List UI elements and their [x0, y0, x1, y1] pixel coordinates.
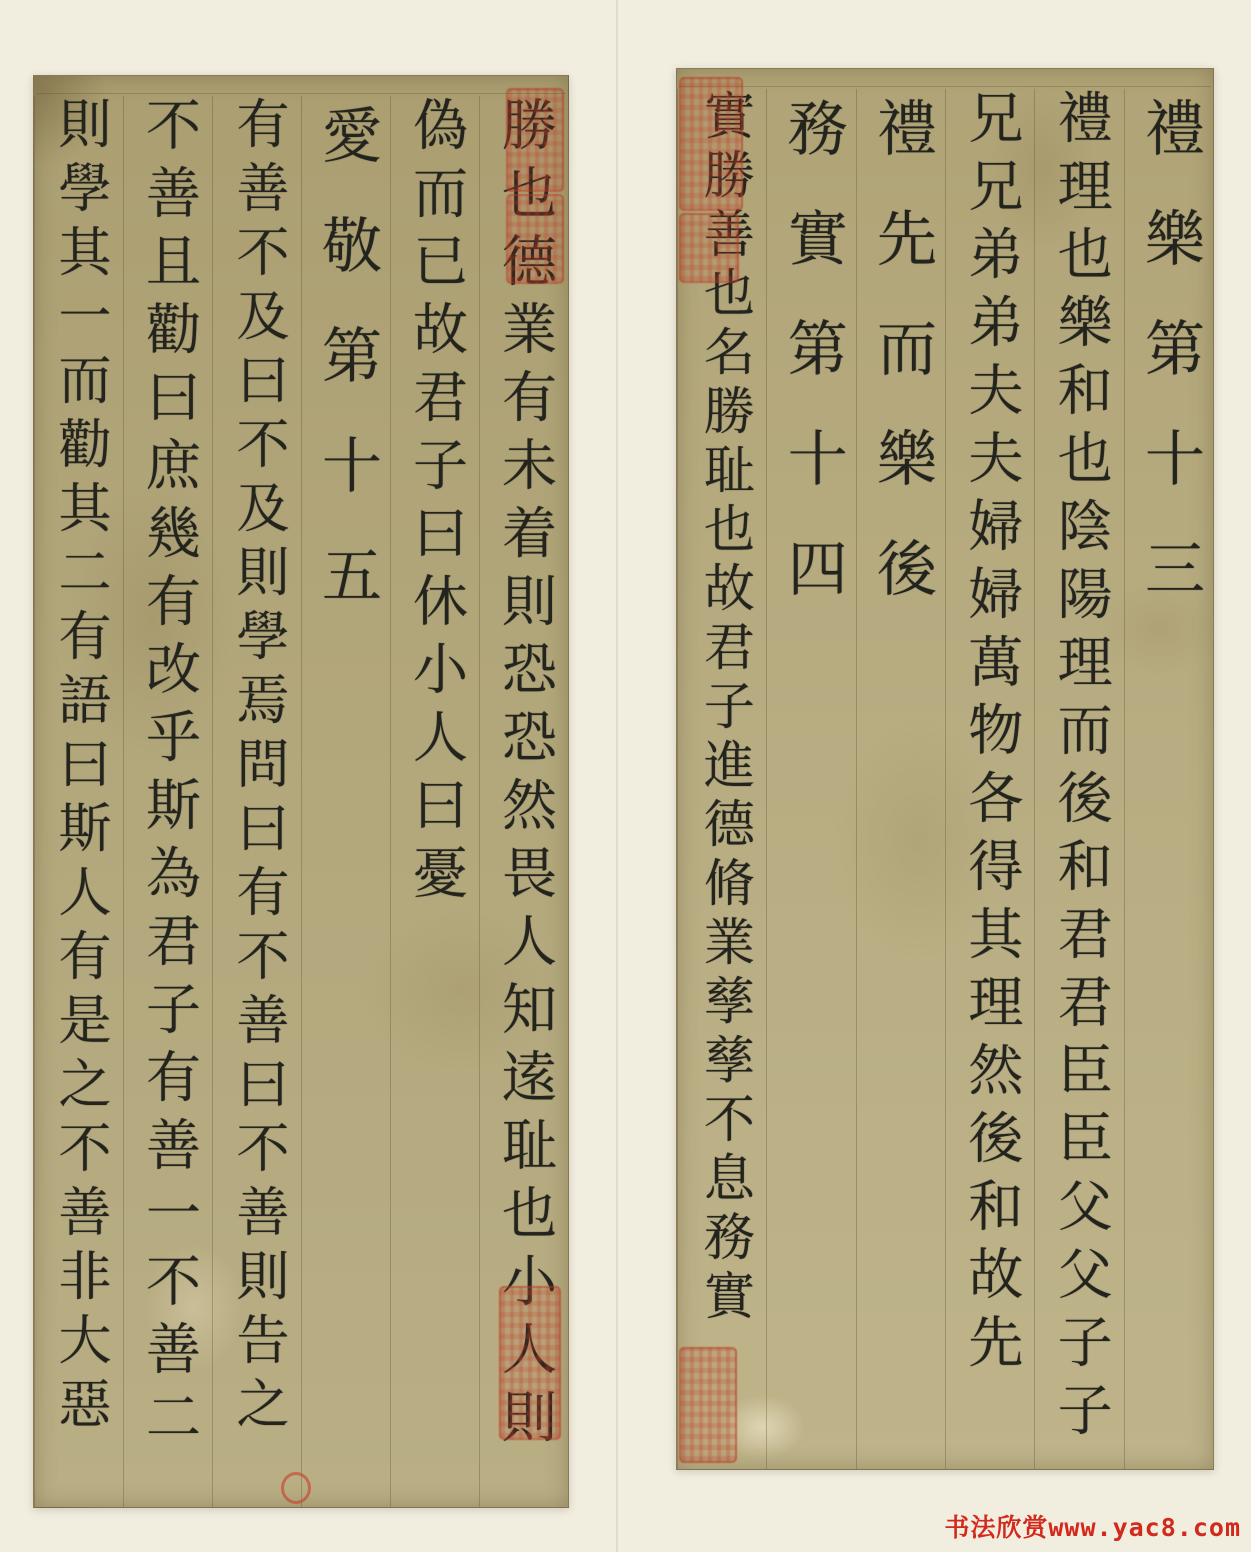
column-chapter-title-13: 禮樂第十三 — [1124, 89, 1213, 1469]
column-r3: 兄兄弟弟夫夫婦婦萬物各得其理然後和故先 — [945, 89, 1034, 1469]
page-fold-seam — [616, 0, 618, 1552]
calligraphy-leaf-left: 勝也德業有未着則恐恐然畏人知逺耻也小人則 偽而已故君子曰休小人曰憂 愛敬第十五 … — [33, 75, 569, 1508]
red-seal-stamp-icon — [679, 1347, 737, 1463]
calligraphy-leaf-right: 禮樂第十三 禮理也樂和也陰陽理而後和君君臣臣父父子子 兄兄弟弟夫夫婦婦萬物各得其… — [676, 68, 1214, 1470]
column-r2: 禮理也樂和也陰陽理而後和君君臣臣父父子子 — [1034, 89, 1123, 1469]
column-l4: 有善不及曰不及則學焉問曰有不善曰不善則告之 — [212, 96, 301, 1507]
column-r4: 禮先而樂後 — [856, 89, 945, 1469]
column-l5: 不善且勸曰庶幾有改乎斯為君子有善一不善二 — [123, 96, 212, 1507]
column-r6: 實勝善也名勝耻也故君子進德脩業孳孳不息務實 — [677, 89, 766, 1469]
column-l2: 偽而已故君子曰休小人曰憂 — [390, 96, 479, 1507]
watermark-url: www.yac8.com — [1048, 1513, 1241, 1542]
column-chapter-title-15: 愛敬第十五 — [301, 96, 390, 1507]
text-columns-right: 禮樂第十三 禮理也樂和也陰陽理而後和君君臣臣父父子子 兄兄弟弟夫夫婦婦萬物各得其… — [677, 69, 1213, 1469]
watermark-site-name: 书法欣赏 — [944, 1513, 1048, 1542]
column-l6: 則學其一而勸其二有語曰斯人有是之不善非大惡 — [34, 96, 123, 1507]
watermark: 书法欣赏www.yac8.com — [944, 1508, 1241, 1544]
red-seal-stamp-icon — [506, 194, 564, 284]
red-seal-stamp-icon — [499, 1286, 561, 1440]
red-ring-mark-icon — [281, 1472, 311, 1504]
text-columns-left: 勝也德業有未着則恐恐然畏人知逺耻也小人則 偽而已故君子曰休小人曰憂 愛敬第十五 … — [34, 76, 568, 1507]
red-seal-stamp-icon — [679, 213, 739, 283]
red-seal-stamp-icon — [679, 77, 743, 211]
red-seal-stamp-icon — [506, 88, 564, 192]
column-chapter-title-14: 務實第十四 — [766, 89, 855, 1469]
